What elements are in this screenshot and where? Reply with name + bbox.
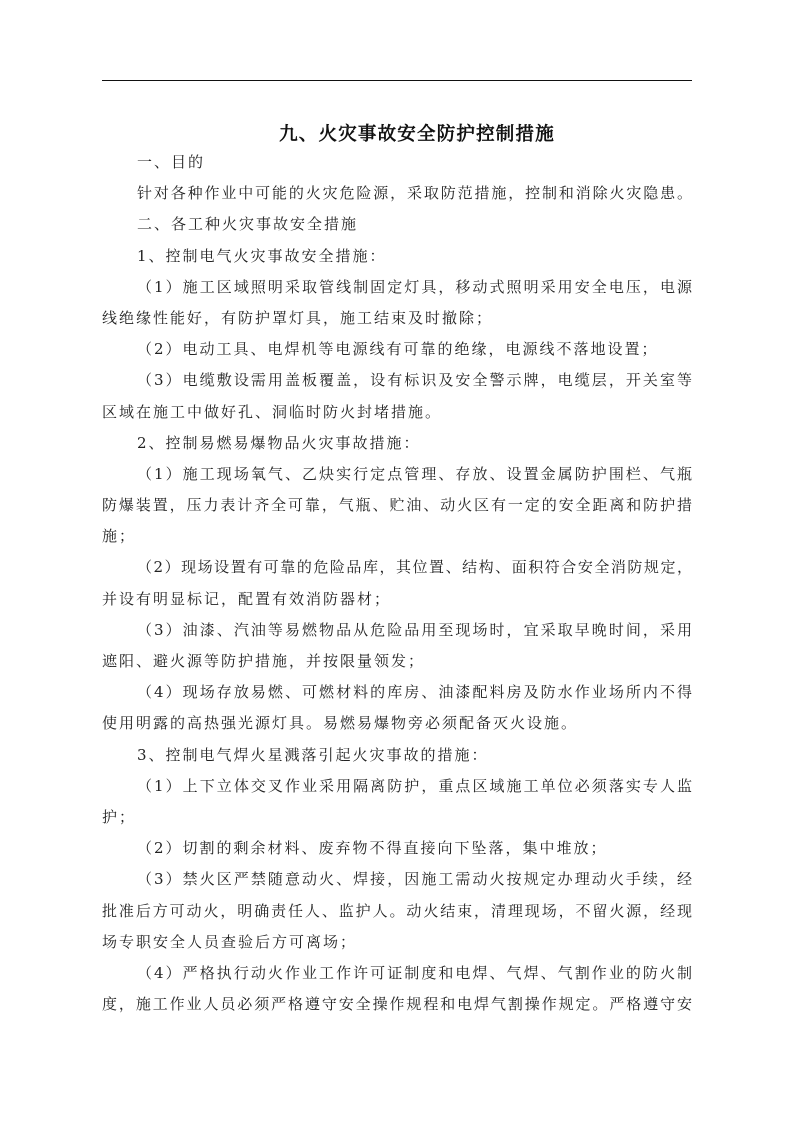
paragraph-line: （2）现场设置有可靠的危险品库，其位置、结构、面积符合安全消防规定，: [102, 552, 692, 583]
line-text: 防爆装置，压力表计齐全可靠，气瓶、贮油、动火区有一定的安全距离和防护措: [102, 490, 694, 521]
paragraph-line: 护；: [102, 802, 692, 833]
line-text: 施；: [102, 527, 136, 545]
line-text: （2）现场设置有可靠的危险品库，其位置、结构、面积符合安全消防规定，: [137, 552, 694, 583]
line-text: 针对各种作业中可能的火灾危险源，采取防范措施，控制和消除火灾隐患。: [137, 178, 694, 209]
paragraph-line: （2）切割的剩余材料、废弃物不得直接向下坠落，集中堆放；: [102, 833, 692, 864]
line-text: 并设有明显标记，配置有效消防器材；: [102, 590, 391, 608]
line-text: （4）严格执行动火作业工作许可证制度和电焊、气焊、气割作业的防火制: [137, 958, 694, 989]
line-text: 场专职安全人员查验后方可离场；: [102, 933, 357, 951]
line-text: （1）施工现场氧气、乙炔实行定点管理、存放、设置金属防护围栏、气瓶: [137, 459, 694, 490]
paragraph-line: 3、控制电气焊火星溅落引起火灾事故的措施：: [102, 740, 692, 771]
document-body: 一、目的针对各种作业中可能的火灾危险源，采取防范措施，控制和消除火灾隐患。二、各…: [102, 147, 692, 1020]
paragraph-line: （4）严格执行动火作业工作许可证制度和电焊、气焊、气割作业的防火制: [102, 958, 692, 989]
line-text: 度，施工作业人员必须严格遵守安全操作规程和电焊气割操作规定。严格遵守安: [102, 989, 694, 1020]
paragraph-line: （1）施工现场氧气、乙炔实行定点管理、存放、设置金属防护围栏、气瓶: [102, 459, 692, 490]
paragraph-line: 使用明露的高热强光源灯具。易燃易爆物旁必须配备灭火设施。: [102, 708, 692, 739]
paragraph-line: 线绝缘性能好，有防护罩灯具，施工结束及时撤除；: [102, 303, 692, 334]
paragraph-line: 批准后方可动火，明确责任人、监护人。动火结束，清理现场，不留火源，经现: [102, 896, 692, 927]
line-text: （3）禁火区严禁随意动火、焊接，因施工需动火按规定办理动火手续，经: [137, 864, 694, 895]
paragraph-line: （2）电动工具、电焊机等电源线有可靠的绝缘，电源线不落地设置；: [102, 334, 692, 365]
paragraph-line: 防爆装置，压力表计齐全可靠，气瓶、贮油、动火区有一定的安全距离和防护措: [102, 490, 692, 521]
line-text: 线绝缘性能好，有防护罩灯具，施工结束及时撤除；: [102, 309, 493, 327]
line-text: 一、目的: [137, 153, 205, 171]
line-text: （3）电缆敷设需用盖板覆盖，设有标识及安全警示牌，电缆层，开关室等: [137, 365, 694, 396]
paragraph-line: （3）禁火区严禁随意动火、焊接，因施工需动火按规定办理动火手续，经: [102, 864, 692, 895]
paragraph-line: （4）现场存放易燃、可燃材料的库房、油漆配料房及防水作业场所内不得: [102, 677, 692, 708]
paragraph-line: 二、各工种火灾事故安全措施: [102, 209, 692, 240]
paragraph-line: （3）电缆敷设需用盖板覆盖，设有标识及安全警示牌，电缆层，开关室等: [102, 365, 692, 396]
line-text: （2）切割的剩余材料、废弃物不得直接向下坠落，集中堆放；: [137, 839, 608, 857]
line-text: （1）上下立体交叉作业采用隔离防护，重点区域施工单位必须落实专人监: [137, 771, 694, 802]
paragraph-line: 针对各种作业中可能的火灾危险源，采取防范措施，控制和消除火灾隐患。: [102, 178, 692, 209]
header-rule: [102, 80, 692, 81]
paragraph-line: （1）上下立体交叉作业采用隔离防护，重点区域施工单位必须落实专人监: [102, 771, 692, 802]
section-title: 九、火灾事故安全防护控制措施: [102, 122, 732, 148]
paragraph-line: （1）施工区域照明采取管线制固定灯具，移动式照明采用安全电压，电源: [102, 272, 692, 303]
document-page: 九、火灾事故安全防护控制措施 一、目的针对各种作业中可能的火灾危险源，采取防范措…: [0, 0, 793, 1122]
paragraph-line: （3）油漆、汽油等易燃物品从危险品用至现场时，宜采取早晚时间，采用: [102, 615, 692, 646]
line-text: 使用明露的高热强光源灯具。易燃易爆物旁必须配备灭火设施。: [102, 714, 578, 732]
paragraph-line: 施；: [102, 521, 692, 552]
line-text: （3）油漆、汽油等易燃物品从危险品用至现场时，宜采取早晚时间，采用: [137, 615, 694, 646]
paragraph-line: 2、控制易燃易爆物品火灾事故措施：: [102, 428, 692, 459]
line-text: 批准后方可动火，明确责任人、监护人。动火结束，清理现场，不留火源，经现: [102, 896, 694, 927]
line-text: （1）施工区域照明采取管线制固定灯具，移动式照明采用安全电压，电源: [137, 272, 694, 303]
paragraph-line: 1、控制电气火灾事故安全措施：: [102, 241, 692, 272]
line-text: 二、各工种火灾事故安全措施: [137, 215, 358, 233]
paragraph-line: 区域在施工中做好孔、洞临时防火封堵措施。: [102, 397, 692, 428]
line-text: 遮阳、避火源等防护措施，并按限量领发；: [102, 652, 425, 670]
paragraph-line: 遮阳、避火源等防护措施，并按限量领发；: [102, 646, 692, 677]
paragraph-line: 度，施工作业人员必须严格遵守安全操作规程和电焊气割操作规定。严格遵守安: [102, 989, 692, 1020]
line-text: 护；: [102, 808, 136, 826]
line-text: （2）电动工具、电焊机等电源线有可靠的绝缘，电源线不落地设置；: [137, 340, 659, 358]
line-text: 区域在施工中做好孔、洞临时防火封堵措施。: [102, 403, 442, 421]
line-text: 2、控制易燃易爆物品火灾事故措施：: [137, 434, 421, 452]
paragraph-line: 并设有明显标记，配置有效消防器材；: [102, 584, 692, 615]
paragraph-line: 场专职安全人员查验后方可离场；: [102, 927, 692, 958]
line-text: 3、控制电气焊火星溅落引起火灾事故的措施：: [137, 746, 489, 764]
line-text: 1、控制电气火灾事故安全措施：: [137, 247, 387, 265]
paragraph-line: 一、目的: [102, 147, 692, 178]
line-text: （4）现场存放易燃、可燃材料的库房、油漆配料房及防水作业场所内不得: [137, 677, 694, 708]
